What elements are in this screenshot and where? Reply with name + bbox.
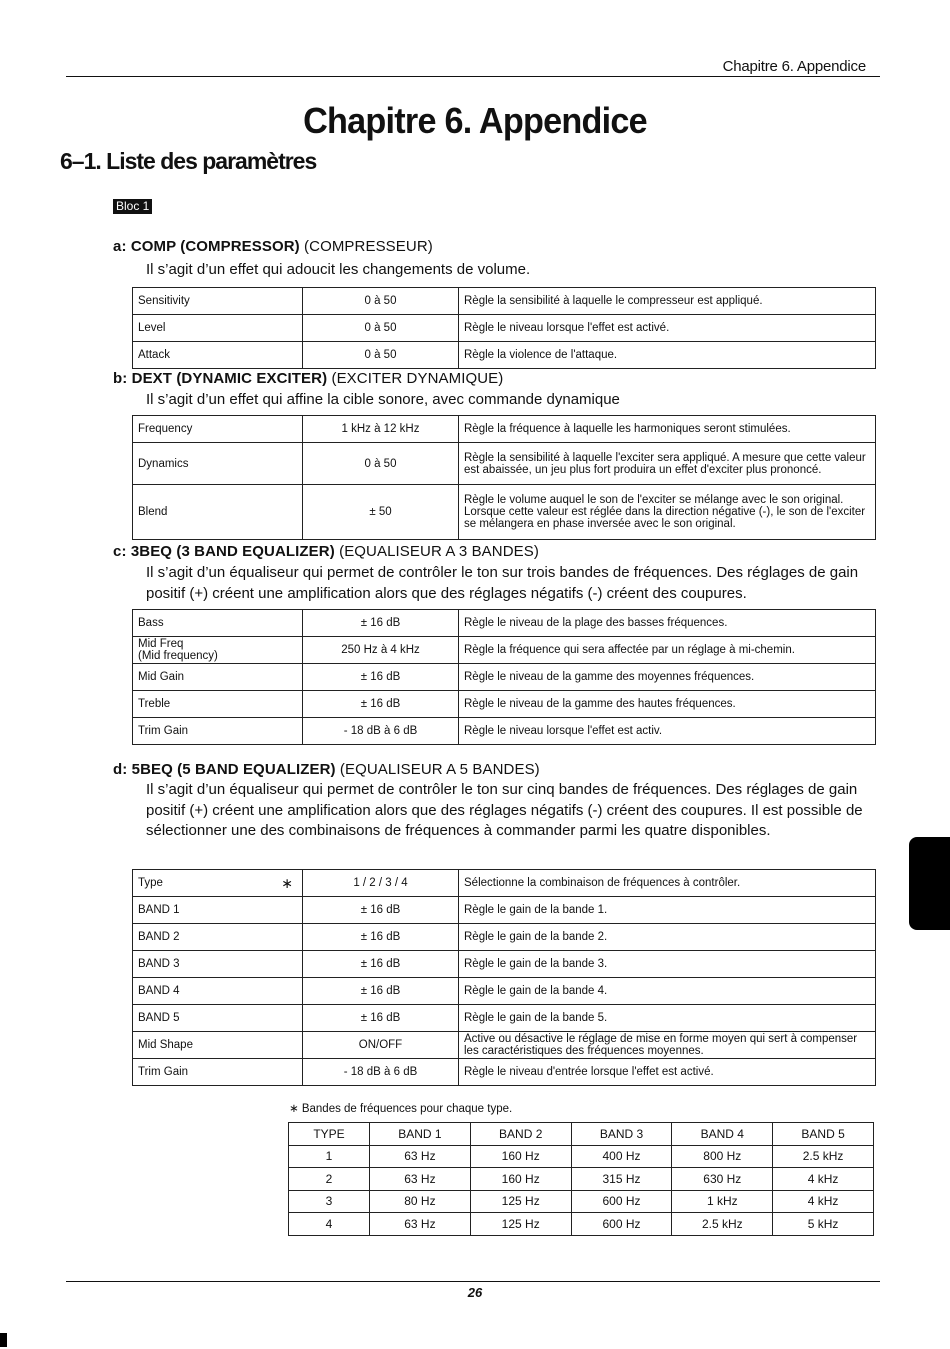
param-name-text: BAND 2 [138, 931, 180, 943]
band-cell: 400 Hz [571, 1145, 672, 1168]
param-row: Level0 à 50Règle le niveau lorsque l'eff… [133, 315, 876, 342]
band-table-row: 380 Hz125 Hz600 Hz1 kHz4 kHz [289, 1190, 874, 1213]
param-range: ± 16 dB [303, 610, 459, 637]
param-description: Règle le niveau lorsque l'effet est acti… [459, 315, 876, 342]
param-name-text: Mid Shape [138, 1039, 193, 1051]
param-row: Dynamics0 à 50Règle la sensibilité à laq… [133, 443, 876, 485]
header-rule [66, 76, 880, 77]
effect-name: DEXT (DYNAMIC EXCITER) [132, 370, 328, 387]
effect-name-fr: (EQUALISEUR A 5 BANDES) [340, 761, 540, 778]
param-row: Bass± 16 dBRègle le niveau de la plage d… [133, 610, 876, 637]
param-name-text: Mid Freq (Mid frequency) [138, 638, 218, 662]
effect-name: 5BEQ (5 BAND EQUALIZER) [132, 761, 336, 778]
param-name: Mid Freq (Mid frequency) [133, 637, 303, 664]
param-row: BAND 2± 16 dBRègle le gain de la bande 2… [133, 924, 876, 951]
band-cell: 63 Hz [370, 1168, 471, 1191]
param-range: - 18 dB à 6 dB [303, 718, 459, 745]
param-name-text: Attack [138, 349, 170, 361]
param-range: ± 16 dB [303, 1005, 459, 1032]
effect-name: COMP (COMPRESSOR) [131, 238, 300, 255]
param-row: Trim Gain- 18 dB à 6 dBRègle le niveau l… [133, 718, 876, 745]
param-name-text: Blend [138, 506, 167, 518]
param-name: BAND 1 [133, 897, 303, 924]
param-table-comp: Sensitivity0 à 50Règle la sensibilité à … [132, 287, 876, 369]
param-name: Blend [133, 485, 303, 540]
param-name-text: Trim Gain [138, 725, 188, 737]
param-range: 0 à 50 [303, 342, 459, 369]
param-description: Active ou désactive le réglage de mise e… [459, 1032, 876, 1059]
param-table-3beq: Bass± 16 dBRègle le niveau de la plage d… [132, 609, 876, 745]
param-description: Règle le niveau d'entrée lorsque l'effet… [459, 1059, 876, 1086]
param-range: ± 50 [303, 485, 459, 540]
asterisk-marker: ∗ [281, 877, 293, 889]
param-name-text: Treble [138, 698, 170, 710]
param-description: Règle le niveau lorsque l'effet est acti… [459, 718, 876, 745]
param-description: Règle le volume auquel le son de l'excit… [459, 485, 876, 540]
effect-heading-comp: a: COMP (COMPRESSOR) (COMPRESSEUR) [113, 238, 433, 255]
param-name-text: BAND 1 [138, 904, 180, 916]
bloc-badge: Bloc 1 [113, 199, 152, 214]
band-cell: 4 [289, 1213, 370, 1236]
param-name: Mid Gain [133, 664, 303, 691]
band-table-row: 463 Hz125 Hz600 Hz2.5 kHz5 kHz [289, 1213, 874, 1236]
band-cell: 1 [289, 1145, 370, 1168]
effect-heading-5beq: d: 5BEQ (5 BAND EQUALIZER) (EQUALISEUR A… [113, 761, 540, 778]
param-name-text: BAND 3 [138, 958, 180, 970]
param-name-text: BAND 5 [138, 1012, 180, 1024]
param-row: Mid Freq (Mid frequency)250 Hz à 4 kHzRè… [133, 637, 876, 664]
param-description: Règle le niveau de la plage des basses f… [459, 610, 876, 637]
param-name: BAND 3 [133, 951, 303, 978]
band-header-cell: BAND 5 [773, 1123, 874, 1146]
param-name: Level [133, 315, 303, 342]
param-range: ± 16 dB [303, 691, 459, 718]
param-description: Règle le gain de la bande 5. [459, 1005, 876, 1032]
param-name-text: Dynamics [138, 458, 188, 470]
param-description: Règle le gain de la bande 1. [459, 897, 876, 924]
band-cell: 600 Hz [571, 1213, 672, 1236]
param-row: BAND 1± 16 dBRègle le gain de la bande 1… [133, 897, 876, 924]
param-name-text: Frequency [138, 423, 192, 435]
section-title: 6–1. Liste des paramètres [60, 148, 316, 175]
param-name-text: Level [138, 322, 166, 334]
band-cell: 80 Hz [370, 1190, 471, 1213]
param-row: Type∗1 / 2 / 3 / 4Sélectionne la combina… [133, 870, 876, 897]
band-table-row: 263 Hz160 Hz315 Hz630 Hz4 kHz [289, 1168, 874, 1191]
param-range: ± 16 dB [303, 924, 459, 951]
param-name: BAND 2 [133, 924, 303, 951]
param-range: - 18 dB à 6 dB [303, 1059, 459, 1086]
param-name: Trim Gain [133, 1059, 303, 1086]
param-name-text: Trim Gain [138, 1066, 188, 1078]
param-description: Sélectionne la combinaison de fréquences… [459, 870, 876, 897]
param-name-text: BAND 4 [138, 985, 180, 997]
param-name: Type∗ [133, 870, 303, 897]
param-range: ± 16 dB [303, 978, 459, 1005]
param-row: Blend± 50Règle le volume auquel le son d… [133, 485, 876, 540]
band-header-cell: BAND 3 [571, 1123, 672, 1146]
effect-name-fr: (EXCITER DYNAMIQUE) [331, 370, 503, 387]
param-description: Règle la fréquence qui sera affectée par… [459, 637, 876, 664]
param-row: Mid ShapeON/OFFActive ou désactive le ré… [133, 1032, 876, 1059]
param-row: BAND 4± 16 dBRègle le gain de la bande 4… [133, 978, 876, 1005]
effect-name: 3BEQ (3 BAND EQUALIZER) [131, 543, 335, 560]
param-range: 1 / 2 / 3 / 4 [303, 870, 459, 897]
effect-description: Il s’agit d’un effet qui adoucit les cha… [146, 260, 881, 281]
param-row: Attack0 à 50Règle la violence de l'attaq… [133, 342, 876, 369]
band-cell: 4 kHz [773, 1190, 874, 1213]
param-description: Règle le gain de la bande 2. [459, 924, 876, 951]
effect-name-fr: (EQUALISEUR A 3 BANDES) [339, 543, 539, 560]
param-description: Règle la fréquence à laquelle les harmon… [459, 416, 876, 443]
param-name-text: Sensitivity [138, 295, 190, 307]
param-description: Règle la sensibilité à laquelle le compr… [459, 288, 876, 315]
band-cell: 600 Hz [571, 1190, 672, 1213]
param-name-text: Mid Gain [138, 671, 184, 683]
effect-letter: b: [113, 370, 127, 387]
band-header-cell: BAND 2 [470, 1123, 571, 1146]
band-cell: 1 kHz [672, 1190, 773, 1213]
param-range: 250 Hz à 4 kHz [303, 637, 459, 664]
band-cell: 2.5 kHz [672, 1213, 773, 1236]
band-cell: 63 Hz [370, 1145, 471, 1168]
band-cell: 315 Hz [571, 1168, 672, 1191]
effect-description: Il s’agit d’un équaliseur qui permet de … [146, 563, 881, 604]
param-range: ± 16 dB [303, 897, 459, 924]
footer-rule [66, 1281, 880, 1282]
page-number: 26 [0, 1285, 950, 1300]
band-cell: 630 Hz [672, 1168, 773, 1191]
param-range: ± 16 dB [303, 664, 459, 691]
param-name: Treble [133, 691, 303, 718]
band-cell: 125 Hz [470, 1213, 571, 1236]
band-cell: 2.5 kHz [773, 1145, 874, 1168]
chapter-title: Chapitre 6. Appendice [24, 100, 927, 142]
param-row: Trim Gain- 18 dB à 6 dBRègle le niveau d… [133, 1059, 876, 1086]
param-name: Bass [133, 610, 303, 637]
param-row: Treble± 16 dBRègle le niveau de la gamme… [133, 691, 876, 718]
param-description: Règle la violence de l'attaque. [459, 342, 876, 369]
param-row: Sensitivity0 à 50Règle la sensibilité à … [133, 288, 876, 315]
param-description: Règle le niveau de la gamme des moyennes… [459, 664, 876, 691]
band-cell: 5 kHz [773, 1213, 874, 1236]
param-range: 1 kHz à 12 kHz [303, 416, 459, 443]
effect-description: Il s’agit d’un effet qui affine la cible… [146, 390, 881, 411]
effect-letter: a: [113, 238, 127, 255]
band-cell: 3 [289, 1190, 370, 1213]
band-frequency-table: TYPEBAND 1BAND 2BAND 3BAND 4BAND 5163 Hz… [288, 1122, 874, 1236]
param-name: Frequency [133, 416, 303, 443]
param-table-5beq: Type∗1 / 2 / 3 / 4Sélectionne la combina… [132, 869, 876, 1086]
param-name: Attack [133, 342, 303, 369]
effect-heading-dext: b: DEXT (DYNAMIC EXCITER) (EXCITER DYNAM… [113, 370, 503, 387]
effect-description: Il s’agit d’un équaliseur qui permet de … [146, 780, 881, 842]
band-table-row: 163 Hz160 Hz400 Hz800 Hz2.5 kHz [289, 1145, 874, 1168]
effect-letter: d: [113, 761, 127, 778]
band-cell: 800 Hz [672, 1145, 773, 1168]
band-cell: 2 [289, 1168, 370, 1191]
band-header-cell: BAND 4 [672, 1123, 773, 1146]
param-row: Frequency1 kHz à 12 kHzRègle la fréquenc… [133, 416, 876, 443]
param-name: Sensitivity [133, 288, 303, 315]
effect-letter: c: [113, 543, 127, 560]
band-header-cell: TYPE [289, 1123, 370, 1146]
param-range: ON/OFF [303, 1032, 459, 1059]
param-range: 0 à 50 [303, 288, 459, 315]
param-name: BAND 5 [133, 1005, 303, 1032]
band-cell: 63 Hz [370, 1213, 471, 1236]
param-row: BAND 5± 16 dBRègle le gain de la bande 5… [133, 1005, 876, 1032]
param-name: Dynamics [133, 443, 303, 485]
param-table-dext: Frequency1 kHz à 12 kHzRègle la fréquenc… [132, 415, 876, 540]
running-head: Chapitre 6. Appendice [60, 58, 866, 75]
param-description: Règle le gain de la bande 3. [459, 951, 876, 978]
param-description: Règle le niveau de la gamme des hautes f… [459, 691, 876, 718]
band-note: ∗ Bandes de fréquences pour chaque type. [289, 1101, 512, 1115]
param-description: Règle la sensibilité à laquelle l'excite… [459, 443, 876, 485]
param-range: ± 16 dB [303, 951, 459, 978]
param-name: Mid Shape [133, 1032, 303, 1059]
param-row: BAND 3± 16 dBRègle le gain de la bande 3… [133, 951, 876, 978]
band-header-cell: BAND 1 [370, 1123, 471, 1146]
scan-mark [0, 1333, 7, 1347]
band-cell: 125 Hz [470, 1190, 571, 1213]
param-name-text: Type [138, 877, 163, 889]
param-range: 0 à 50 [303, 443, 459, 485]
param-range: 0 à 50 [303, 315, 459, 342]
effect-name-fr: (COMPRESSEUR) [304, 238, 433, 255]
param-name-text: Bass [138, 617, 164, 629]
param-name: BAND 4 [133, 978, 303, 1005]
band-table-header: TYPEBAND 1BAND 2BAND 3BAND 4BAND 5 [289, 1123, 874, 1146]
chapter-thumb-tab [909, 837, 950, 930]
band-cell: 160 Hz [470, 1145, 571, 1168]
param-row: Mid Gain± 16 dBRègle le niveau de la gam… [133, 664, 876, 691]
param-description: Règle le gain de la bande 4. [459, 978, 876, 1005]
effect-heading-3beq: c: 3BEQ (3 BAND EQUALIZER) (EQUALISEUR A… [113, 543, 539, 560]
band-cell: 4 kHz [773, 1168, 874, 1191]
param-name: Trim Gain [133, 718, 303, 745]
band-cell: 160 Hz [470, 1168, 571, 1191]
